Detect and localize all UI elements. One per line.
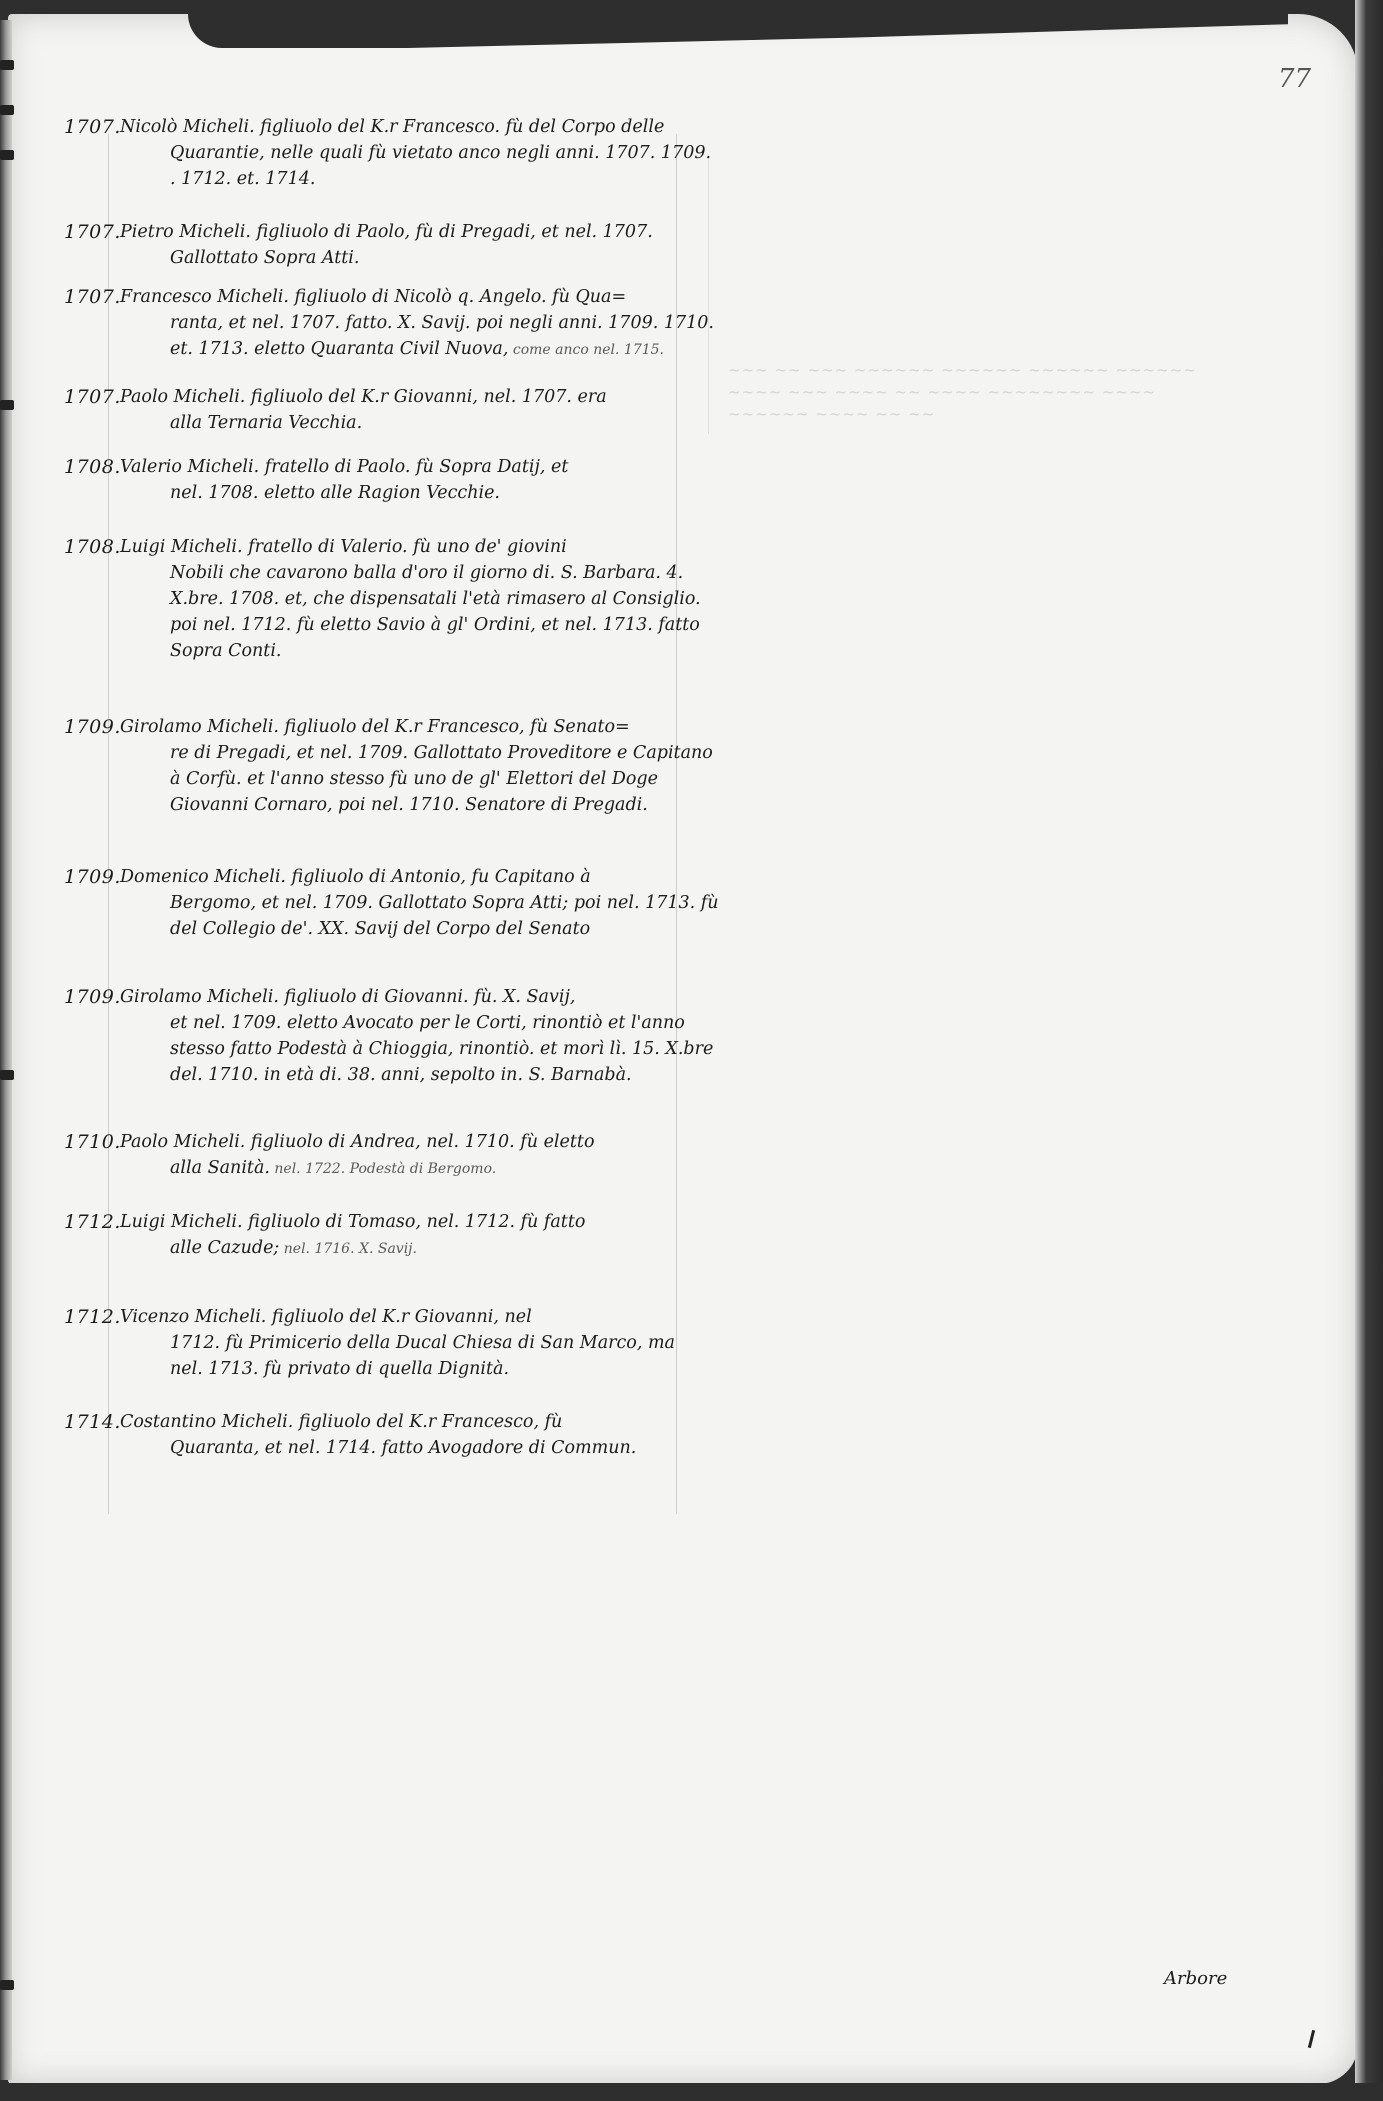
entry-line: Girolamo Micheli. figliuolo del K.r Fran… xyxy=(120,714,713,740)
entry-line: 1712. fù Primicerio della Ducal Chiesa d… xyxy=(170,1330,675,1356)
entry-line: et. 1713. eletto Quaranta Civil Nuova, c… xyxy=(170,336,714,363)
folio-number: 77 xyxy=(1278,64,1311,94)
torn-corner xyxy=(188,14,1288,48)
entry-line: à Corfù. et l'anno stesso fù uno de gl' … xyxy=(170,766,713,792)
entry-line: nel. 1708. eletto alle Ragion Vecchie. xyxy=(170,480,568,506)
entry-later-note: nel. 1722. Podestà di Bergomo. xyxy=(270,1161,496,1177)
entry-line: Domenico Micheli. figliuolo di Antonio, … xyxy=(120,864,719,890)
entry-line: X.bre. 1708. et, che dispensatali l'età … xyxy=(170,586,701,612)
entry-later-note: come anco nel. 1715. xyxy=(508,342,664,358)
entry-text: Vicenzo Micheli. figliuolo del K.r Giova… xyxy=(64,1304,675,1382)
binding-stitch xyxy=(0,105,14,115)
register-entry: 1707.Pietro Micheli. figliuolo di Paolo,… xyxy=(64,219,653,271)
entry-text: Girolamo Micheli. figliuolo del K.r Fran… xyxy=(64,714,713,818)
entry-line: Giovanni Cornaro, poi nel. 1710. Senator… xyxy=(170,792,713,818)
binding-stitch xyxy=(0,60,14,70)
ink-mark xyxy=(1308,2030,1315,2048)
entry-text: Francesco Micheli. figliuolo di Nicolò q… xyxy=(64,284,714,363)
entry-line: Girolamo Micheli. figliuolo di Giovanni.… xyxy=(120,984,713,1010)
entry-year: 1709. xyxy=(64,714,121,740)
entry-line: alla Ternaria Vecchia. xyxy=(170,410,607,436)
register-entry: 1709.Domenico Micheli. figliuolo di Anto… xyxy=(64,864,719,942)
entry-line: Costantino Micheli. figliuolo del K.r Fr… xyxy=(120,1409,636,1435)
entry-line: alle Cazude; nel. 1716. X. Savij. xyxy=(170,1235,585,1262)
entry-text: Domenico Micheli. figliuolo di Antonio, … xyxy=(64,864,719,942)
entry-line: stesso fatto Podestà à Chioggia, rinonti… xyxy=(170,1036,713,1062)
entry-line: Luigi Micheli. figliuolo di Tomaso, nel.… xyxy=(120,1209,585,1235)
page-right-edge xyxy=(1355,0,1383,2101)
binding-stitch xyxy=(0,400,14,410)
entry-line: del. 1710. in età di. 38. anni, sepolto … xyxy=(170,1062,713,1088)
entry-line: del Collegio de'. XX. Savij del Corpo de… xyxy=(170,916,719,942)
register-entry: 1712.Vicenzo Micheli. figliuolo del K.r … xyxy=(64,1304,675,1382)
manuscript-scan: ~~~ ~~ ~~~ ~~~~~~ ~~~~~~ ~~~~~~ ~~~~~~ ~… xyxy=(0,0,1383,2101)
register-entry: 1709.Girolamo Micheli. figliuolo di Giov… xyxy=(64,984,713,1088)
register-entry: 1707.Francesco Micheli. figliuolo di Nic… xyxy=(64,284,714,363)
entry-line: . 1712. et. 1714. xyxy=(170,166,711,192)
entry-year: 1707. xyxy=(64,114,121,140)
entry-line: Paolo Micheli. figliuolo del K.r Giovann… xyxy=(120,384,607,410)
entry-text: Luigi Micheli. figliuolo di Tomaso, nel.… xyxy=(64,1209,585,1262)
entry-line: poi nel. 1712. fù eletto Savio à gl' Ord… xyxy=(170,612,701,638)
entry-line: Sopra Conti. xyxy=(170,638,701,664)
entry-line: Quaranta, et nel. 1714. fatto Avogadore … xyxy=(170,1435,636,1461)
entry-line: Bergomo, et nel. 1709. Gallottato Sopra … xyxy=(170,890,719,916)
entry-text: Pietro Micheli. figliuolo di Paolo, fù d… xyxy=(64,219,653,271)
entry-text: Girolamo Micheli. figliuolo di Giovanni.… xyxy=(64,984,713,1088)
entry-line: Vicenzo Micheli. figliuolo del K.r Giova… xyxy=(120,1304,675,1330)
entry-line: Paolo Micheli. figliuolo di Andrea, nel.… xyxy=(120,1129,594,1155)
entry-year: 1708. xyxy=(64,454,121,480)
entry-text: Valerio Micheli. fratello di Paolo. fù S… xyxy=(64,454,568,506)
entry-text: Luigi Micheli. fratello di Valerio. fù u… xyxy=(64,534,701,664)
entry-text: Paolo Micheli. figliuolo di Andrea, nel.… xyxy=(64,1129,594,1182)
entry-year: 1712. xyxy=(64,1209,121,1235)
entry-line: ranta, et nel. 1707. fatto. X. Savij. po… xyxy=(170,310,714,336)
entry-text: Nicolò Micheli. figliuolo del K.r France… xyxy=(64,114,711,192)
entry-year: 1708. xyxy=(64,534,121,560)
entry-line: et nel. 1709. eletto Avocato per le Cort… xyxy=(170,1010,713,1036)
catchword: Arbore xyxy=(1164,1968,1227,1989)
manuscript-page: ~~~ ~~ ~~~ ~~~~~~ ~~~~~~ ~~~~~~ ~~~~~~ ~… xyxy=(8,14,1358,2084)
entry-line: Quarantie, nelle quali fù vietato anco n… xyxy=(170,140,711,166)
register-entry: 1708.Valerio Micheli. fratello di Paolo.… xyxy=(64,454,568,506)
bleedthrough-text: ~~~ ~~ ~~~ ~~~~~~ ~~~~~~ ~~~~~~ ~~~~~~ ~… xyxy=(728,359,1328,425)
entry-line: nel. 1713. fù privato di quella Dignità. xyxy=(170,1356,675,1382)
binding-stitch xyxy=(0,150,14,160)
entry-year: 1712. xyxy=(64,1304,121,1330)
entry-text: Paolo Micheli. figliuolo del K.r Giovann… xyxy=(64,384,607,436)
register-entry: 1707.Nicolò Micheli. figliuolo del K.r F… xyxy=(64,114,711,192)
binding-stitch xyxy=(0,1980,14,1990)
entry-year: 1710. xyxy=(64,1129,121,1155)
entry-line: Nicolò Micheli. figliuolo del K.r France… xyxy=(120,114,711,140)
entry-line: Gallottato Sopra Atti. xyxy=(170,245,653,271)
register-entry: 1708.Luigi Micheli. fratello di Valerio.… xyxy=(64,534,701,664)
entry-line: re di Pregadi, et nel. 1709. Gallottato … xyxy=(170,740,713,766)
entry-line: Pietro Micheli. figliuolo di Paolo, fù d… xyxy=(120,219,653,245)
entry-text: Costantino Micheli. figliuolo del K.r Fr… xyxy=(64,1409,636,1461)
entry-year: 1707. xyxy=(64,384,121,410)
entry-line: Nobili che cavarono balla d'oro il giorn… xyxy=(170,560,701,586)
register-entry: 1707.Paolo Micheli. figliuolo del K.r Gi… xyxy=(64,384,607,436)
register-entry: 1712.Luigi Micheli. figliuolo di Tomaso,… xyxy=(64,1209,585,1262)
register-entry: 1714.Costantino Micheli. figliuolo del K… xyxy=(64,1409,636,1461)
entry-line: alla Sanità. nel. 1722. Podestà di Bergo… xyxy=(170,1155,594,1182)
entry-year: 1707. xyxy=(64,219,121,245)
entry-year: 1709. xyxy=(64,984,121,1010)
entry-later-note: nel. 1716. X. Savij. xyxy=(279,1241,417,1257)
page-bottom-edge xyxy=(0,2083,1383,2101)
register-entry: 1710.Paolo Micheli. figliuolo di Andrea,… xyxy=(64,1129,594,1182)
entry-year: 1714. xyxy=(64,1409,121,1435)
binding-stitch xyxy=(0,1070,14,1080)
entry-line: Francesco Micheli. figliuolo di Nicolò q… xyxy=(120,284,714,310)
entry-line: Valerio Micheli. fratello di Paolo. fù S… xyxy=(120,454,568,480)
register-entry: 1709.Girolamo Micheli. figliuolo del K.r… xyxy=(64,714,713,818)
entry-year: 1709. xyxy=(64,864,121,890)
binding-edge xyxy=(0,20,12,2080)
entry-year: 1707. xyxy=(64,284,121,310)
entry-line: Luigi Micheli. fratello di Valerio. fù u… xyxy=(120,534,701,560)
